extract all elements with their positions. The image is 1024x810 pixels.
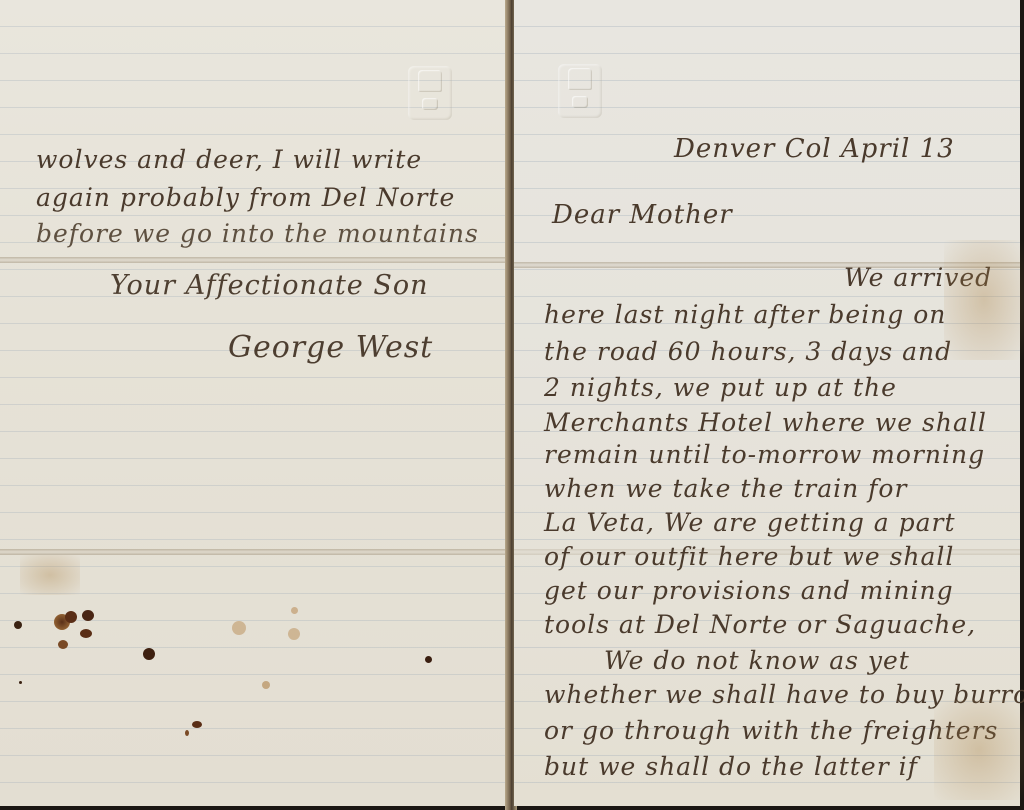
water-stain [20, 555, 80, 595]
letter-page-left: wolves and deer, I will write again prob… [0, 0, 508, 806]
stain-spot [262, 681, 270, 689]
ink-spot [425, 656, 432, 663]
stain-spot [80, 629, 92, 638]
letter-page-right: Denver Col April 13 Dear Mother We arriv… [514, 0, 1020, 806]
salutation: Dear Mother [552, 200, 733, 230]
letter-line: La Veta, We are getting a part [544, 508, 956, 537]
letter-line: Merchants Hotel where we shall [544, 408, 987, 437]
letter-line: We do not know as yet [604, 646, 910, 675]
letter-line: again probably from Del Norte [36, 183, 455, 212]
letter-line: the road 60 hours, 3 days and [544, 337, 952, 366]
letter-line: when we take the train for [544, 474, 907, 503]
closing-line: Your Affectionate Son [110, 270, 429, 301]
ink-spot [14, 621, 22, 629]
embossed-stamp-icon [408, 66, 452, 120]
stain-spot [185, 730, 189, 736]
letter-line: wolves and deer, I will write [36, 145, 422, 174]
stain-spot [82, 610, 94, 621]
ink-spot [19, 681, 22, 684]
letter-line: but we shall do the latter if [544, 752, 918, 781]
letter-line: here last night after being on [544, 300, 946, 329]
stain-spot [58, 640, 68, 649]
letter-line: 2 nights, we put up at the [544, 373, 897, 402]
stain-spot [232, 621, 246, 635]
signature: George West [228, 330, 433, 365]
letter-line: or go through with the freighters [544, 716, 998, 745]
ink-spot [143, 648, 155, 660]
embossed-stamp-icon [558, 64, 602, 118]
paper-fold [0, 257, 508, 263]
stain-spot [291, 607, 298, 614]
stain-spot [192, 721, 202, 728]
letter-line: remain until to-morrow morning [544, 440, 985, 469]
letter-line: of our outfit here but we shall [544, 542, 954, 571]
place-date-line: Denver Col April 13 [674, 134, 955, 164]
stain-spot [288, 628, 300, 640]
water-stain [934, 700, 1024, 800]
letter-line: tools at Del Norte or Saguache, [544, 610, 976, 639]
stain-spot [65, 611, 77, 623]
letter-line: get our provisions and mining [544, 576, 954, 605]
water-stain [944, 240, 1024, 360]
letter-line: before we go into the mountains [36, 219, 479, 248]
